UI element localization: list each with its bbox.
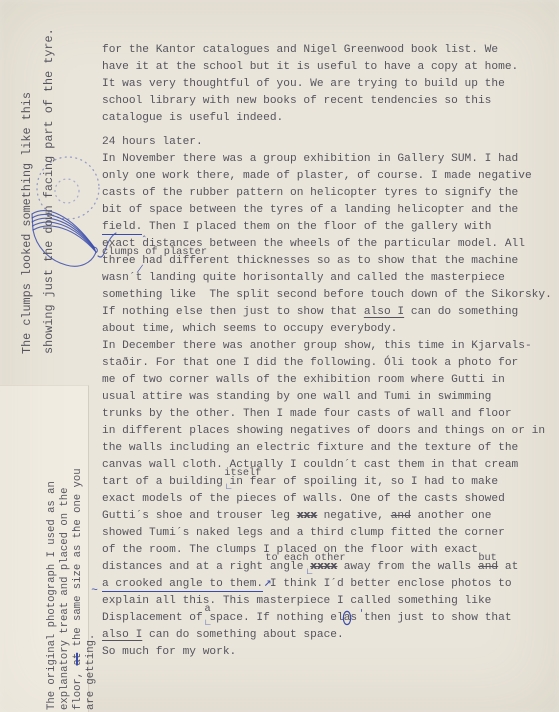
typed-insertion: but (478, 550, 497, 567)
typed-line: me of two corner walls of the exhibition… (102, 372, 559, 389)
text-segment: bit of space between the tyres of a land… (102, 204, 518, 216)
typed-line: explanatory treat and placed on the‸ (59, 458, 72, 710)
typed-line: canvas wall cloth. Actually I couldn´t c… (102, 457, 559, 474)
typed-line: have it at the school but it is useful t… (102, 59, 559, 76)
typed-line: tart of a building in fear of spoiling i… (102, 474, 559, 491)
text-segment: the walls including an electric fixture … (102, 442, 518, 454)
typed-line: only one work there, made of plaster, of… (102, 168, 559, 185)
typed-line: something like The split second before t… (102, 287, 559, 304)
text-segment: I think I´d better enclose photos to (263, 578, 511, 590)
text-segment: tart of a building in fear of spoiling i… (102, 476, 498, 488)
text-segment: me of two corner walls of the exhibition… (102, 374, 505, 386)
typed-line: showed Tumi´s naked legs and a third clu… (102, 525, 559, 542)
text-segment: xxx (297, 510, 317, 522)
typed-line: field. Then I placed them on the floor o… (102, 219, 559, 236)
text-segment: catalogue is useful indeed. (102, 112, 283, 124)
ink-annotation: ʹ (359, 606, 364, 623)
text-segment: floor, (72, 665, 84, 710)
text-segment: can do something about space. (142, 629, 343, 641)
text-segment: trunks by the other. Then I made four ca… (102, 408, 512, 420)
text-segment: about time, which seems to occupy everyb… (102, 323, 397, 335)
typed-line: usual attire was standing by one wall an… (102, 389, 559, 406)
typed-line: school library with new books of recent … (102, 93, 559, 110)
text-segment: exact models of the pieces of walls. One… (102, 493, 505, 505)
typed-line: in different places showing negatives of… (102, 423, 559, 440)
typed-line: exact models of the pieces of walls. One… (102, 491, 559, 508)
typed-line: Gutti´s shoe and trouser leg xxx negativ… (102, 508, 559, 525)
typed-line: about time, which seems to occupy everyb… (102, 321, 559, 338)
text-segment: canvas wall cloth. Actually I couldn´t c… (102, 459, 518, 471)
text-segment: wasn´t landing quite horisontally and ca… (102, 272, 505, 284)
text-segment: away from the walls (337, 561, 478, 573)
typed-line: 24 hours later. (102, 134, 559, 151)
typed-line: floor, at the same size as the one you (72, 458, 85, 710)
typed-line: casts of the rubber pattern on helicopte… (102, 185, 559, 202)
letter-page: The clumps looked something like thissho… (0, 0, 559, 712)
text-segment: The original photograph I used as an (46, 481, 58, 710)
text-segment: another one (411, 510, 492, 522)
text-segment: school library with new books of recent … (102, 95, 491, 107)
text-segment: s then just to show that (350, 612, 511, 624)
text-segment: showing just the down facing part of the… (42, 28, 56, 354)
typed-line: trunks by the other. Then I made four ca… (102, 406, 559, 423)
text-segment: and (391, 510, 411, 522)
typed-line: distances and at a right angle xxxx away… (102, 559, 559, 576)
text-segment: also I (102, 629, 142, 641)
text-segment: In November there was a group exhibition… (102, 153, 518, 165)
text-segment: are getting. (85, 634, 97, 710)
typed-insertion: clumps of plaster (102, 244, 207, 261)
text-segment: also I (364, 306, 404, 318)
typed-line: The original photograph I used as an (46, 458, 59, 710)
typed-line: catalogue is useful indeed. (102, 110, 559, 127)
text-segment: casts of the rubber pattern on helicopte… (102, 187, 518, 199)
typed-line: If nothing else then just to show that a… (102, 304, 559, 321)
ink-annotation: ~ (91, 583, 98, 600)
letter-body: for the Kantor catalogues and Nigel Gree… (102, 42, 559, 661)
text-segment: explain all this. This masterpiece I cal… (102, 595, 491, 607)
margin-note-bottom: The original photograph I used as anexpl… (46, 458, 98, 710)
ink-annotation: ↗ (264, 574, 272, 591)
text-segment: Then I placed them on the floor of the g… (142, 221, 491, 233)
text-segment: The clumps looked something like this (20, 92, 34, 354)
typed-line: also I can do something about space. (102, 627, 559, 644)
typed-line: It was very thoughtful of you. We are tr… (102, 76, 559, 93)
text-segment: at (498, 561, 518, 573)
text-segment: showed Tumi´s naked legs and a third clu… (102, 527, 505, 539)
typed-line: Displacement of space. If nothing elas t… (102, 610, 559, 627)
text-segment: negative, (317, 510, 391, 522)
typed-line: three had different thicknesses so as to… (102, 253, 559, 270)
text-segment: 24 hours later. (102, 136, 203, 148)
typed-line: In December there was another group show… (102, 338, 559, 355)
text-segment: explanatory treat and placed on the (59, 487, 71, 710)
text-segment: in different places showing negatives of… (102, 425, 545, 437)
typed-line: So much for my work. (102, 644, 559, 661)
text-segment: So much for my work. (102, 646, 236, 658)
text-segment: It was very thoughtful of you. We are tr… (102, 78, 505, 90)
typed-insertion: to each other (265, 550, 345, 567)
text-segment: can do something (404, 306, 518, 318)
typed-line: staðir. For that one I did the following… (102, 355, 559, 372)
text-segment: for the Kantor catalogues and Nigel Gree… (102, 44, 498, 56)
typed-line: for the Kantor catalogues and Nigel Gree… (102, 42, 559, 59)
text-segment: Displacement of space. If nothing el (102, 612, 344, 624)
text-segment: have it at the school but it is useful t… (102, 61, 518, 73)
typed-line: a crooked angle to them. I think I´d bet… (102, 576, 559, 593)
typed-line: In November there was a group exhibition… (102, 151, 559, 168)
text-segment: at (72, 653, 84, 666)
text-segment: something like The split second before t… (102, 289, 552, 301)
text-segment: only one work there, made of plaster, of… (102, 170, 532, 182)
typed-line: bit of space between the tyres of a land… (102, 202, 559, 219)
text-segment: usual attire was standing by one wall an… (102, 391, 491, 403)
text-segment: a crooked angle to them. (102, 578, 263, 592)
margin-note-top: The clumps looked something like thissho… (16, 20, 60, 354)
text-segment: If nothing else then just to show that (102, 306, 364, 318)
text-segment: In December there was another group show… (102, 340, 532, 352)
typed-line: wasn´t landing quite horisontally and ca… (102, 270, 559, 287)
text-segment: Gutti´s shoe and trouser leg (102, 510, 297, 522)
typed-line: showing just the down facing part of the… (38, 20, 60, 354)
typed-line: The clumps looked something like this (16, 20, 38, 354)
typed-line: the walls including an electric fixture … (102, 440, 559, 457)
typed-line: explain all this. This masterpiece I cal… (102, 593, 559, 610)
text-segment: field. (102, 221, 142, 235)
text-segment: staðir. For that one I did the following… (102, 357, 518, 369)
text-segment: the same size as the one you (72, 468, 84, 652)
